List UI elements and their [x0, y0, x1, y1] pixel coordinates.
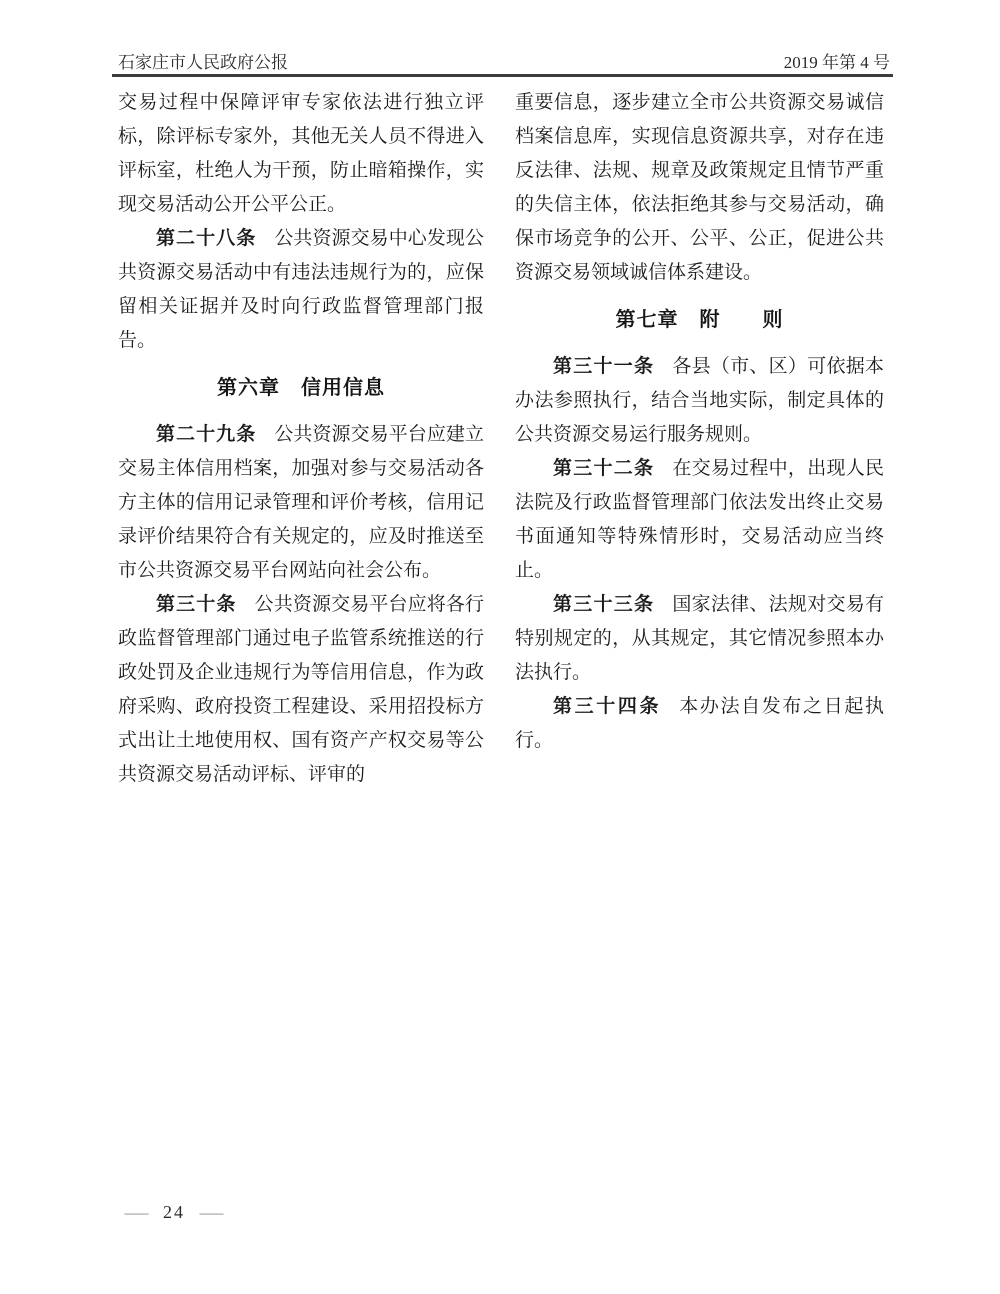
article-31: 第三十一条各县（市、区）可依据本办法参照执行，结合当地实际，制定具体的公共资源交…: [515, 350, 884, 452]
paragraph-continuation: 交易过程中保障评审专家依法进行独立评标，除评标专家外，其他无关人员不得进入评标室…: [118, 86, 484, 222]
header-divider-rule: [112, 74, 893, 77]
article-34-number: 第三十四条: [553, 696, 661, 717]
article-30-number: 第三十条: [156, 594, 237, 615]
chapter-6-heading: 第六章 信用信息: [118, 371, 484, 405]
chapter-7-heading: 第七章 附 则: [515, 303, 884, 337]
article-29: 第二十九条公共资源交易平台应建立交易主体信用档案，加强对参与交易活动各方主体的信…: [118, 418, 484, 588]
gazette-page: 石家庄市人民政府公报 2019 年第 4 号 交易过程中保障评审专家依法进行独立…: [0, 0, 1000, 1294]
article-30: 第三十条公共资源交易平台应将各行政监督管理部门通过电子监管系统推送的行政处罚及企…: [118, 588, 484, 792]
article-34: 第三十四条本办法自发布之日起执行。: [515, 690, 884, 758]
header-publication-title: 石家庄市人民政府公报: [118, 48, 288, 73]
article-32: 第三十二条在交易过程中，出现人民法院及行政监督管理部门依法发出终止交易书面通知等…: [515, 452, 884, 588]
left-column: 交易过程中保障评审专家依法进行独立评标，除评标专家外，其他无关人员不得进入评标室…: [118, 86, 484, 792]
header-issue-number: 2019 年第 4 号: [784, 48, 890, 73]
article-28: 第二十八条公共资源交易中心发现公共资源交易活动中有违法违规行为的，应保留相关证据…: [118, 222, 484, 358]
page-header: 石家庄市人民政府公报 2019 年第 4 号: [118, 48, 890, 73]
article-33-number: 第三十三条: [553, 594, 654, 615]
article-31-number: 第三十一条: [553, 356, 654, 377]
paragraph-continuation-right: 重要信息，逐步建立全市公共资源交易诚信档案信息库，实现信息资源共享，对存在违反法…: [515, 86, 884, 290]
article-30-text: 公共资源交易平台应将各行政监督管理部门通过电子监管系统推送的行政处罚及企业违规行…: [118, 594, 484, 785]
article-28-number: 第二十八条: [156, 228, 256, 249]
footer-left-dash: —: [125, 1203, 149, 1223]
article-29-number: 第二十九条: [156, 424, 256, 445]
footer-right-dash: —: [200, 1203, 224, 1223]
document-body: 交易过程中保障评审专家依法进行独立评标，除评标专家外，其他无关人员不得进入评标室…: [118, 86, 884, 792]
page-footer: — 24 —: [128, 1202, 220, 1223]
article-32-number: 第三十二条: [553, 458, 654, 479]
article-29-text: 公共资源交易平台应建立交易主体信用档案，加强对参与交易活动各方主体的信用记录管理…: [118, 424, 484, 581]
right-column: 重要信息，逐步建立全市公共资源交易诚信档案信息库，实现信息资源共享，对存在违反法…: [515, 86, 884, 792]
article-33: 第三十三条国家法律、法规对交易有特别规定的，从其规定，其它情况参照本办法执行。: [515, 588, 884, 690]
page-number: 24: [163, 1202, 185, 1223]
